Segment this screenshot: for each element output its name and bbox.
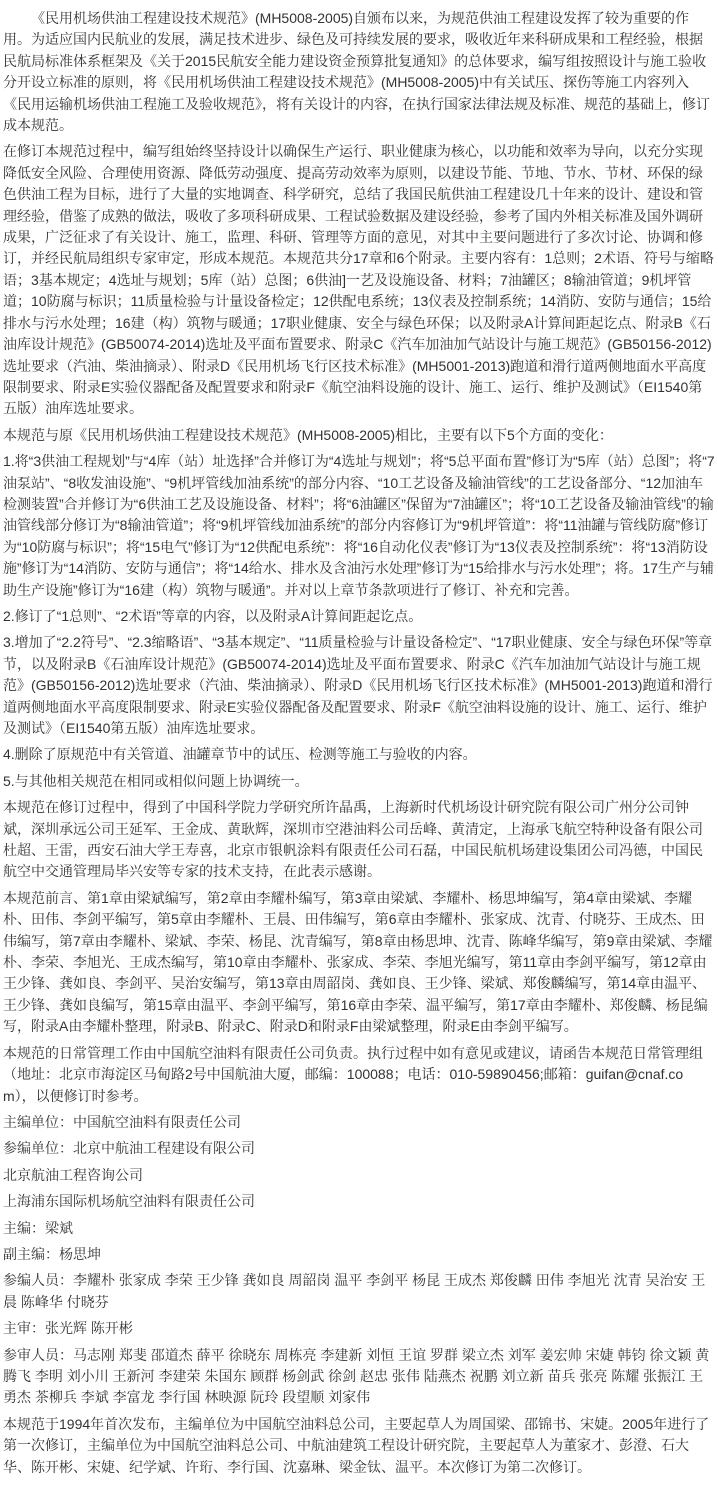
change-item-5: 5.与其他相关规范在相同或相似问题上协调统一。 xyxy=(3,771,715,792)
deputy-chief-editor-line: 副主编：杨思坤 xyxy=(3,1244,715,1265)
chief-editing-unit-line: 主编单位：中国航空油料有限责任公司 xyxy=(3,1112,715,1133)
management-contact-paragraph: 本规范的日常管理工作由中国航空油料有限责任公司负责。执行过程中如有意见或建议，请… xyxy=(3,1043,715,1107)
participating-unit-line-3: 上海浦东国际机场航空油料有限责任公司 xyxy=(3,1191,715,1212)
revision-history-paragraph: 本规范于1994年首次发布，主编单位为中国航空油料总公司，主要起草人为周国梁、邵… xyxy=(3,1414,715,1478)
change-item-4: 4.删除了原规范中有关管道、油罐章节中的试压、检测等施工与验收的内容。 xyxy=(3,744,715,765)
chapter-authors-paragraph: 本规范前言、第1章由梁斌编写，第2章由李耀朴编写，第3章由梁斌、李耀朴、杨思坤编… xyxy=(3,888,715,1038)
review-staff-line: 参审人员：马志刚 郑斐 邵道杰 薛平 徐晓东 周栋亮 李建新 刘恒 王谊 罗群 … xyxy=(3,1345,715,1409)
acknowledgements-paragraph: 本规范在修订过程中，得到了中国科学院力学研究所许晶禹，上海新时代机场设计研究院有… xyxy=(3,797,715,883)
revision-process-paragraph: 在修订本规范过程中，编写组始终坚持设计以确保生产运行、职业健康为核心，以功能和效… xyxy=(3,141,715,419)
change-item-2: 2.修订了“1总则”、“2术语”等章的内容，以及附录A计算间距起讫点。 xyxy=(3,606,715,627)
chief-editor-line: 主编：梁斌 xyxy=(3,1218,715,1239)
participating-staff-line: 参编人员：李耀朴 张家成 李荣 王少锋 龚如良 周韶岗 温平 李剑平 杨昆 王成… xyxy=(3,1270,715,1313)
change-item-1: 1.将“3供油工程规划”与“4库（站）址选择”合并修订为“4选址与规划”；将“5… xyxy=(3,451,715,601)
chief-reviewer-line: 主审：张光辉 陈开彬 xyxy=(3,1318,715,1339)
intro-paragraph: 《民用机场供油工程建设技术规范》(MH5008-2005)自颁布以来，为规范供油… xyxy=(3,8,715,136)
participating-unit-line-2: 北京航油工程咨询公司 xyxy=(3,1165,715,1186)
participating-unit-line-1: 参编单位：北京中航油工程建设有限公司 xyxy=(3,1138,715,1159)
changes-intro-paragraph: 本规范与原《民用机场供油工程建设技术规范》(MH5008-2005)相比，主要有… xyxy=(3,425,715,446)
change-item-3: 3.增加了“2.2符号”、“2.3缩略语”、“3基本规定”、“11质量检验与计量… xyxy=(3,632,715,739)
foreword-document-page: 《民用机场供油工程建设技术规范》(MH5008-2005)自颁布以来，为规范供油… xyxy=(0,0,718,1493)
